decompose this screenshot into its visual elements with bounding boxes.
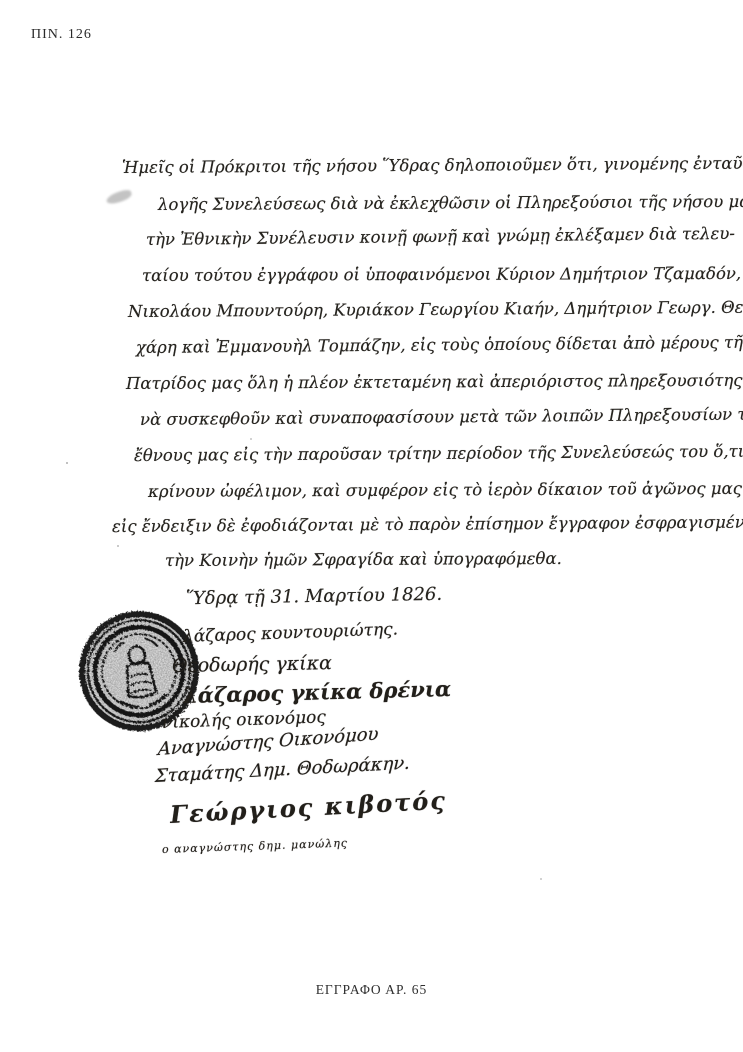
- manuscript-line: Νικολάου Μπουντούρη, Κυριάκον Γεωργίου Κ…: [128, 300, 643, 320]
- manuscript-line: κρίνουν ὠφέλιμον, καὶ συμφέρον εἰς τὸ ἱε…: [148, 482, 616, 501]
- signature: Θεοδωρής γκίκα: [172, 652, 332, 677]
- ink-smudge: [105, 188, 133, 206]
- manuscript-line: Ἡμεῖς οἱ Πρόκριτοι τῆς νήσου Ὕδρας δηλοπ…: [122, 156, 645, 176]
- scan-speck: [117, 545, 119, 547]
- date-line: Ὕδρᾳ τῇ 31. Μαρτίου 1826.: [186, 584, 442, 609]
- signature: λάζαρος γκίκα δρένια: [183, 676, 452, 708]
- manuscript-line: εἰς ἔνδειξιν δὲ ἐφοδιάζονται μὲ τὸ παρὸν…: [112, 515, 652, 535]
- signature: λάζαρος κουντουριώτης.: [183, 619, 399, 646]
- manuscript-line: τὴν Ἐθνικὴν Συνέλευσιν κοινῇ φωνῇ καὶ γν…: [146, 227, 642, 249]
- figure-caption: ΕΓΓΡΑΦΟ ΑΡ. 65: [0, 982, 743, 998]
- manuscript-line: Πατρίδος μας ὅλη ἡ πλέον ἐκτεταμένη καὶ …: [126, 373, 640, 392]
- manuscript-line: τὴν Κοινὴν ἡμῶν Σφραγίδα καὶ ὑπογραφόμεθ…: [165, 551, 562, 570]
- manuscript-line: νὰ συσκεφθοῦν καὶ συναποφασίσουν μετὰ τῶ…: [140, 408, 622, 429]
- signature: Σταμάτης Δημ. Θοδωράκην.: [154, 753, 410, 787]
- manuscript-line: ταίου τούτου ἐγγράφου οἱ ὑποφαινόμενοι Κ…: [142, 266, 647, 284]
- manuscript-line: χάρη καὶ Ἐμμανουὴλ Τομπάζην, εἰς τοὺς ὁπ…: [136, 336, 641, 357]
- signature: Γεώργιος κιβοτός: [169, 786, 447, 829]
- signature: ο αναγνώστης δημ. μανώλης: [162, 837, 348, 856]
- scan-speck: [540, 878, 542, 880]
- manuscript-line: ἔθνους μας εἰς τὴν παροῦσαν τρίτην περίο…: [134, 445, 616, 465]
- manuscript-line: λογῆς Συνελεύσεως διὰ νὰ ἐκλεχθῶσιν οἱ Π…: [158, 194, 645, 213]
- scan-speck: [66, 462, 68, 464]
- scanned-document-page: ΠΙΝ. 126 Ἡμεῖς οἱ Πρόκριτοι τῆς νήσου Ὕδ…: [0, 0, 743, 1052]
- scan-speck: [250, 438, 252, 440]
- plate-number-label: ΠΙΝ. 126: [31, 27, 92, 43]
